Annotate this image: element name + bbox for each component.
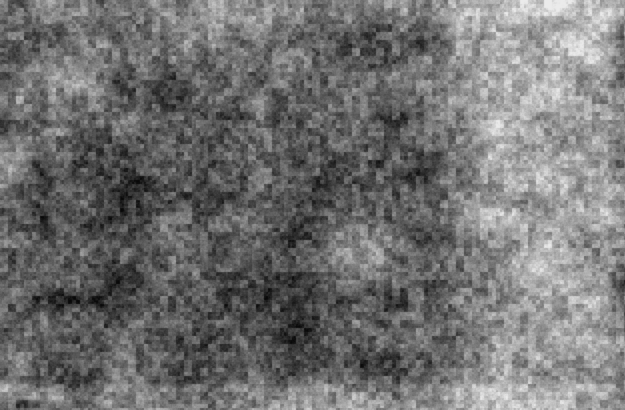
scanned-photo <box>0 0 625 410</box>
scanned-photo-canvas <box>0 0 625 410</box>
